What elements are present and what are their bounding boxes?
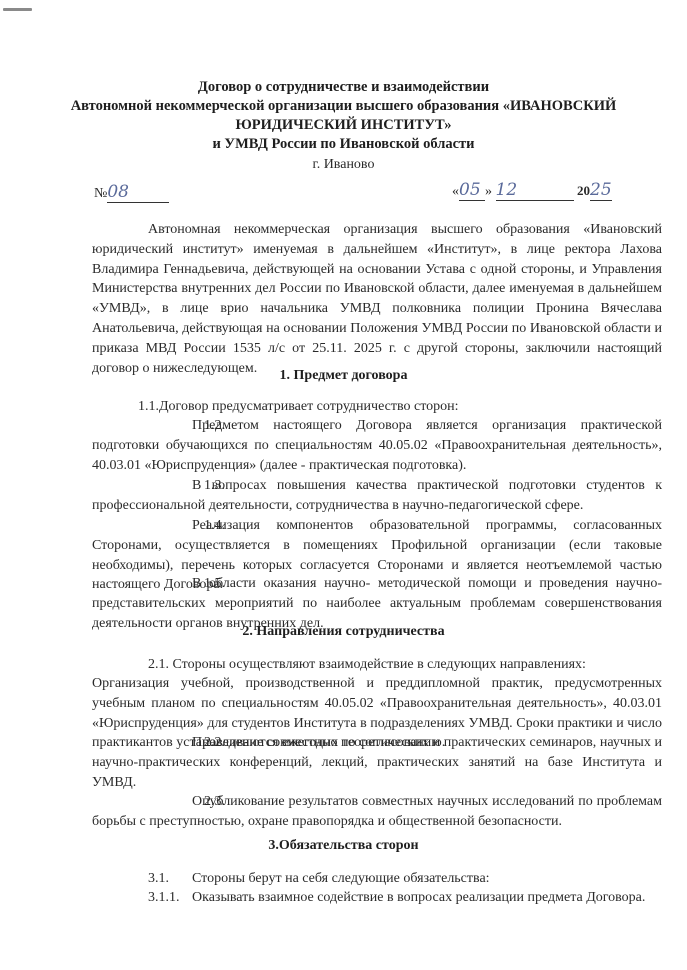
clause-text: Оказывать взаимное содействие в вопросах… (192, 890, 645, 905)
clause-number: 1.3. (148, 476, 192, 496)
clause-2-3: 2.3.Опубликование результатов совместных… (92, 792, 662, 832)
contract-date: «05» 12 2025 (452, 180, 612, 202)
clause-3-1-1: 3.1.1.Оказывать взаимное содействие в во… (92, 888, 662, 908)
clause-text: Стороны осуществляют взаимодействие в сл… (173, 657, 586, 672)
clause-text: Договор предусматривает сотрудничество с… (159, 399, 459, 414)
date-year-suffix: 25 (590, 180, 612, 201)
title-line-3: ЮРИДИЧЕСКИЙ ИНСТИТУТ» (0, 116, 687, 135)
section-2-heading: 2. Направления сотрудничества (0, 624, 687, 640)
title-line-2: Автономной некоммерческой организации вы… (0, 97, 687, 116)
date-quote-close: » (485, 184, 492, 199)
number-prefix: № (94, 186, 107, 201)
date-day: 05 (459, 180, 485, 201)
title-line-1: Договор о сотрудничестве и взаимодействи… (0, 78, 687, 97)
date-quote-open: « (452, 184, 459, 199)
clause-number: 3.1.1. (148, 888, 192, 908)
number-value: 08 (107, 182, 169, 203)
date-year-prefix: 20 (577, 183, 590, 198)
clause-number: 1.2. (148, 416, 192, 436)
clause-number: 1.1. (138, 399, 159, 414)
clause-3-1: 3.1.Стороны берут на себя следующие обяз… (92, 869, 662, 889)
clause-number: 1.4. (148, 516, 192, 536)
title-line-4: и УМВД России по Ивановской области (0, 135, 687, 154)
preamble: Автономная некоммерческая организация вы… (92, 220, 662, 378)
clause-1-3: 1.3.В вопросах повышения качества практи… (92, 476, 662, 516)
clause-number: 2.2. (148, 733, 192, 753)
document-page: Договор о сотрудничестве и взаимодействи… (0, 0, 687, 970)
contract-number: №08 (94, 182, 169, 204)
clause-2-1: 2.1. Стороны осуществляют взаимодействие… (92, 655, 662, 675)
scan-artifact-mark (3, 8, 32, 11)
clause-number: 2.1. (148, 657, 169, 672)
clause-text: Стороны берут на себя следующие обязател… (192, 871, 490, 886)
date-month: 12 (496, 180, 574, 201)
clause-number: 2.3. (148, 792, 192, 812)
clause-number: 1.5. (148, 574, 192, 594)
city: г. Иваново (0, 155, 687, 175)
clause-1-2: 1.2.Предметом настоящего Договора являет… (92, 416, 662, 475)
section-1-heading: 1. Предмет договора (0, 368, 687, 384)
clause-1-1: 1.1.Договор предусматривает сотрудничест… (92, 397, 662, 417)
clause-2-2: 2.2.Проведение совместных теоретических … (92, 733, 662, 792)
section-3-heading: 3.Обязательства сторон (0, 838, 687, 854)
clause-number: 3.1. (148, 869, 192, 889)
